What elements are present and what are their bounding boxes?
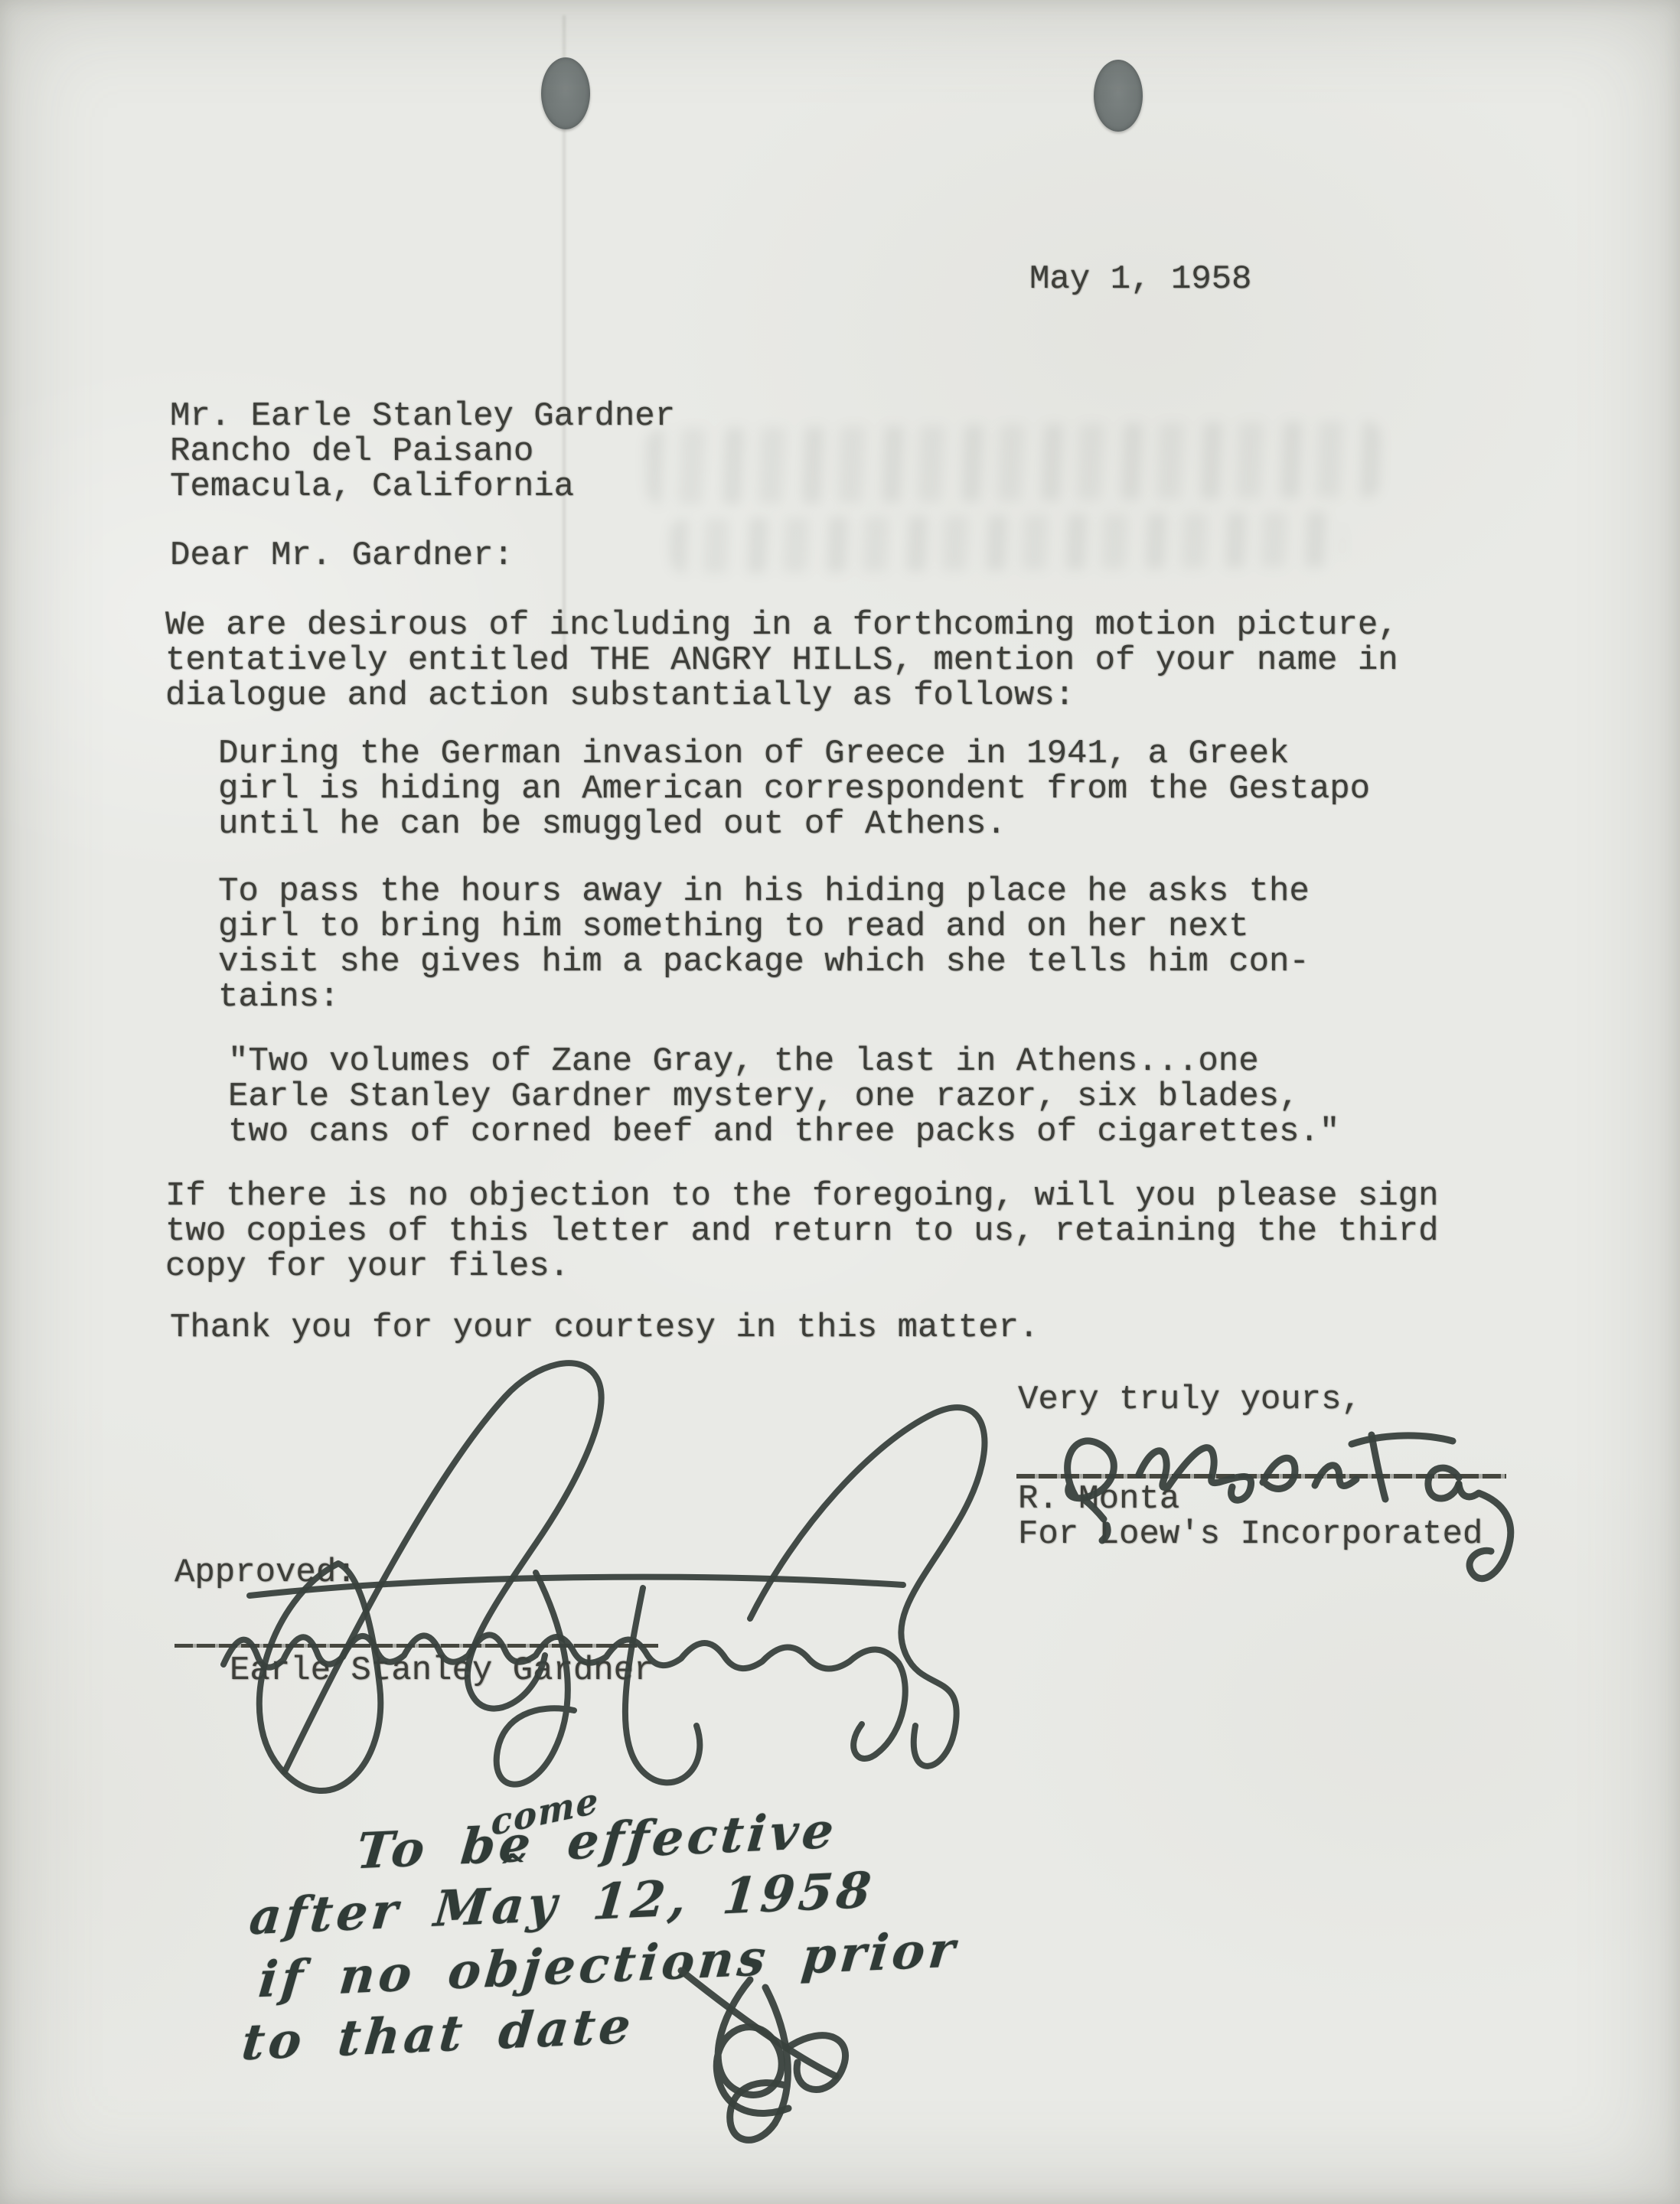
gardner-signature-scrawl: [107, 1343, 1003, 1818]
recipient-address: Mr. Earle Stanley Gardner Rancho del Pai…: [170, 399, 675, 504]
date-line: May 1, 1958: [1029, 262, 1251, 297]
paragraph-quote: "Two volumes of Zane Gray, the last in A…: [228, 1044, 1339, 1149]
monta-signature-scrawl: [1010, 1404, 1546, 1611]
salutation: Dear Mr. Gardner:: [170, 538, 514, 573]
note-line-1a: To be: [354, 1815, 537, 1880]
letter-page: May 1, 1958 Mr. Earle Stanley Gardner Ra…: [0, 0, 1680, 2204]
punch-hole-right: [1094, 60, 1143, 132]
paragraph-scenario: During the German invasion of Greece in …: [218, 736, 1370, 842]
paragraph-package: To pass the hours away in his hiding pla…: [218, 874, 1310, 1015]
note-line-4: to that date: [240, 1997, 637, 2072]
ink-bleedthrough-smudge: [646, 421, 1382, 574]
paragraph-thanks: Thank you for your courtesy in this matt…: [170, 1310, 1039, 1345]
bleedthrough-band-2: [670, 511, 1344, 573]
bleedthrough-band-1: [646, 421, 1382, 505]
initials-flourish: [635, 1963, 888, 2154]
paragraph-intro: We are desirous of including in a forthc…: [165, 608, 1398, 713]
punch-hole-left: [541, 57, 590, 129]
paragraph-request: If there is no objection to the foregoin…: [165, 1179, 1438, 1284]
note-line-1b: effective: [565, 1802, 840, 1872]
